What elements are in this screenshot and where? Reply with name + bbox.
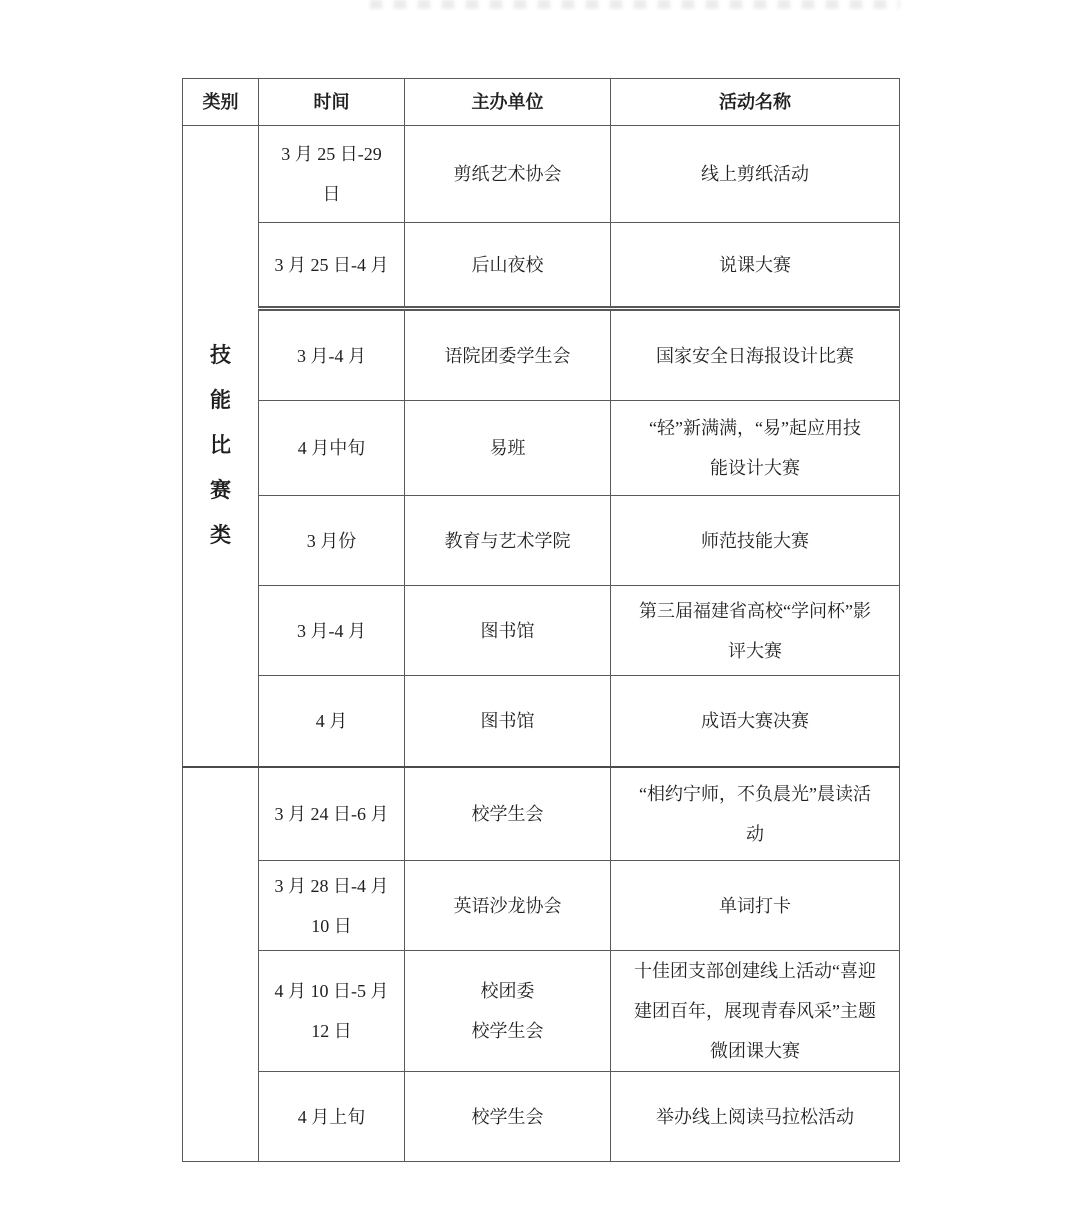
time-cell: 3 月-4 月 [259,309,405,401]
activity-cell: 国家安全日海报设计比赛 [611,309,900,401]
page-break-ghost-text [370,0,900,9]
time-cell: 3 月 25 日-29 日 [259,126,405,223]
organizer-cell: 语院团委学生会 [405,309,611,401]
time-cell: 3 月 24 日-6 月 [259,767,405,861]
document-page: 类别 时间 主办单位 活动名称 技 能 比 赛 类 3 月 25 日-29 日 … [0,0,1080,1223]
activity-cell: “相约宁师，不负晨光”晨读活 动 [611,767,900,861]
time-cell: 3 月-4 月 [259,586,405,676]
table-row: 3 月-4 月 语院团委学生会 国家安全日海报设计比赛 [183,309,900,401]
activity-cell: “轻”新满满，“易”起应用技 能设计大赛 [611,401,900,496]
organizer-cell: 图书馆 [405,676,611,767]
organizer-cell: 校团委 校学生会 [405,951,611,1072]
category-cell [183,767,259,1162]
table-row: 4 月上旬 校学生会 举办线上阅读马拉松活动 [183,1072,900,1162]
organizer-cell: 剪纸艺术协会 [405,126,611,223]
activity-cell: 十佳团支部创建线上活动“喜迎 建团百年，展现青春风采”主题 微团课大赛 [611,951,900,1072]
time-cell: 4 月上旬 [259,1072,405,1162]
organizer-cell: 图书馆 [405,586,611,676]
organizer-cell: 后山夜校 [405,223,611,309]
header-category: 类别 [183,79,259,126]
organizer-cell: 教育与艺术学院 [405,496,611,586]
header-activity: 活动名称 [611,79,900,126]
time-cell: 3 月 25 日-4 月 [259,223,405,309]
table-row: 4 月 图书馆 成语大赛决赛 [183,676,900,767]
time-cell: 3 月 28 日-4 月 10 日 [259,861,405,951]
organizer-cell: 英语沙龙协会 [405,861,611,951]
activity-schedule-table: 类别 时间 主办单位 活动名称 技 能 比 赛 类 3 月 25 日-29 日 … [182,78,900,1162]
header-organizer: 主办单位 [405,79,611,126]
activity-cell: 成语大赛决赛 [611,676,900,767]
activity-cell: 单词打卡 [611,861,900,951]
time-cell: 4 月 10 日-5 月 12 日 [259,951,405,1072]
header-row: 类别 时间 主办单位 活动名称 [183,79,900,126]
table-row: 3 月 28 日-4 月 10 日 英语沙龙协会 单词打卡 [183,861,900,951]
table-row: 3 月 25 日-4 月 后山夜校 说课大赛 [183,223,900,309]
activity-cell: 线上剪纸活动 [611,126,900,223]
table-row: 4 月中旬 易班 “轻”新满满，“易”起应用技 能设计大赛 [183,401,900,496]
table-row: 3 月份 教育与艺术学院 师范技能大赛 [183,496,900,586]
activity-cell: 说课大赛 [611,223,900,309]
organizer-cell: 易班 [405,401,611,496]
organizer-cell: 校学生会 [405,1072,611,1162]
table-row: 3 月-4 月 图书馆 第三届福建省高校“学问杯”影 评大赛 [183,586,900,676]
time-cell: 4 月 [259,676,405,767]
activity-cell: 师范技能大赛 [611,496,900,586]
category-cell: 技 能 比 赛 类 [183,126,259,767]
header-time: 时间 [259,79,405,126]
table-row: 技 能 比 赛 类 3 月 25 日-29 日 剪纸艺术协会 线上剪纸活动 [183,126,900,223]
time-cell: 3 月份 [259,496,405,586]
organizer-cell: 校学生会 [405,767,611,861]
activity-cell: 举办线上阅读马拉松活动 [611,1072,900,1162]
activity-cell: 第三届福建省高校“学问杯”影 评大赛 [611,586,900,676]
table-row: 3 月 24 日-6 月 校学生会 “相约宁师，不负晨光”晨读活 动 [183,767,900,861]
table-row: 4 月 10 日-5 月 12 日 校团委 校学生会 十佳团支部创建线上活动“喜… [183,951,900,1072]
time-cell: 4 月中旬 [259,401,405,496]
